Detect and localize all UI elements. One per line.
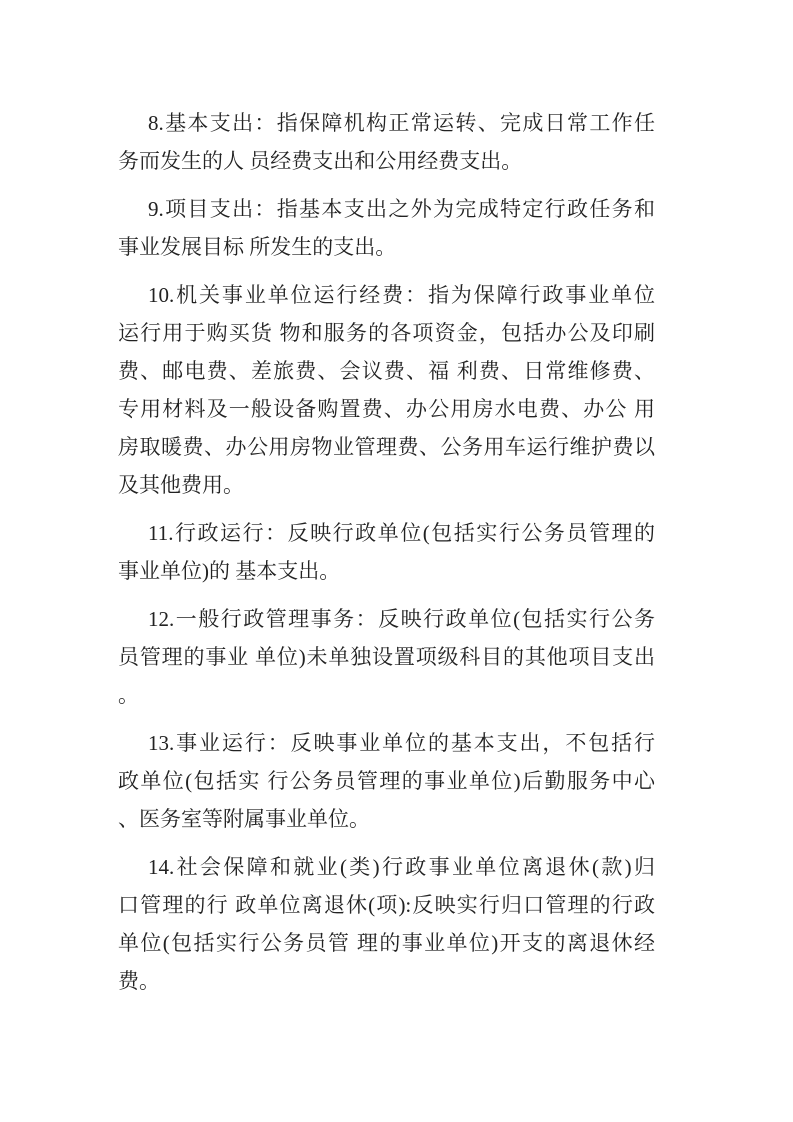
text-line: 房取暖费、办公用房物业管理费、公务用车运行维护费以 [118, 428, 655, 466]
text-line: 口管理的行 政单位离退休(项):反映实行归口管理的行政 [118, 886, 655, 924]
text-line: 、医务室等附属事业单位。 [118, 800, 655, 838]
text-line: 费、邮电费、差旅费、会议费、福 利费、日常维修费、 [118, 352, 655, 390]
paragraph-item-8: 8.基本支出：指保障机构正常运转、完成日常工作任 务而发生的人 员经费支出和公用… [118, 104, 655, 180]
text-line: 8.基本支出：指保障机构正常运转、完成日常工作任 [118, 104, 655, 142]
text-line: 单位(包括实行公务员管 理的事业单位)开支的离退休经 [118, 924, 655, 962]
text-line: 务而发生的人 员经费支出和公用经费支出。 [118, 142, 655, 180]
paragraph-item-13: 13.事业运行：反映事业单位的基本支出，不包括行 政单位(包括实 行公务员管理的… [118, 724, 655, 838]
text-line: 费。 [118, 962, 655, 1000]
text-line: 11.行政运行：反映行政单位(包括实行公务员管理的 [118, 514, 655, 552]
document-content: 8.基本支出：指保障机构正常运转、完成日常工作任 务而发生的人 员经费支出和公用… [118, 104, 655, 1000]
paragraph-item-14: 14.社会保障和就业(类)行政事业单位离退休(款)归 口管理的行 政单位离退休(… [118, 848, 655, 1000]
text-line: 事业发展目标 所发生的支出。 [118, 228, 655, 266]
text-line: 10.机关事业单位运行经费：指为保障行政事业单位 [118, 276, 655, 314]
text-line: 13.事业运行：反映事业单位的基本支出，不包括行 [118, 724, 655, 762]
text-line: 专用材料及一般设备购置费、办公用房水电费、办公 用 [118, 390, 655, 428]
text-line: 运行用于购买货 物和服务的各项资金，包括办公及印刷 [118, 314, 655, 352]
text-line: 及其他费用。 [118, 466, 655, 504]
paragraph-item-12: 12.一般行政管理事务：反映行政单位(包括实行公务 员管理的事业 单位)未单独设… [118, 600, 655, 714]
text-line: 事业单位)的 基本支出。 [118, 552, 655, 590]
document-page: 8.基本支出：指保障机构正常运转、完成日常工作任 务而发生的人 员经费支出和公用… [0, 0, 793, 1122]
paragraph-item-10: 10.机关事业单位运行经费：指为保障行政事业单位 运行用于购买货 物和服务的各项… [118, 276, 655, 504]
text-line: 12.一般行政管理事务：反映行政单位(包括实行公务 [118, 600, 655, 638]
text-line: 。 [118, 676, 655, 714]
paragraph-item-9: 9.项目支出：指基本支出之外为完成特定行政任务和 事业发展目标 所发生的支出。 [118, 190, 655, 266]
text-line: 员管理的事业 单位)未单独设置项级科目的其他项目支出 [118, 638, 655, 676]
text-line: 政单位(包括实 行公务员管理的事业单位)后勤服务中心 [118, 762, 655, 800]
text-line: 14.社会保障和就业(类)行政事业单位离退休(款)归 [118, 848, 655, 886]
paragraph-item-11: 11.行政运行：反映行政单位(包括实行公务员管理的 事业单位)的 基本支出。 [118, 514, 655, 590]
text-line: 9.项目支出：指基本支出之外为完成特定行政任务和 [118, 190, 655, 228]
